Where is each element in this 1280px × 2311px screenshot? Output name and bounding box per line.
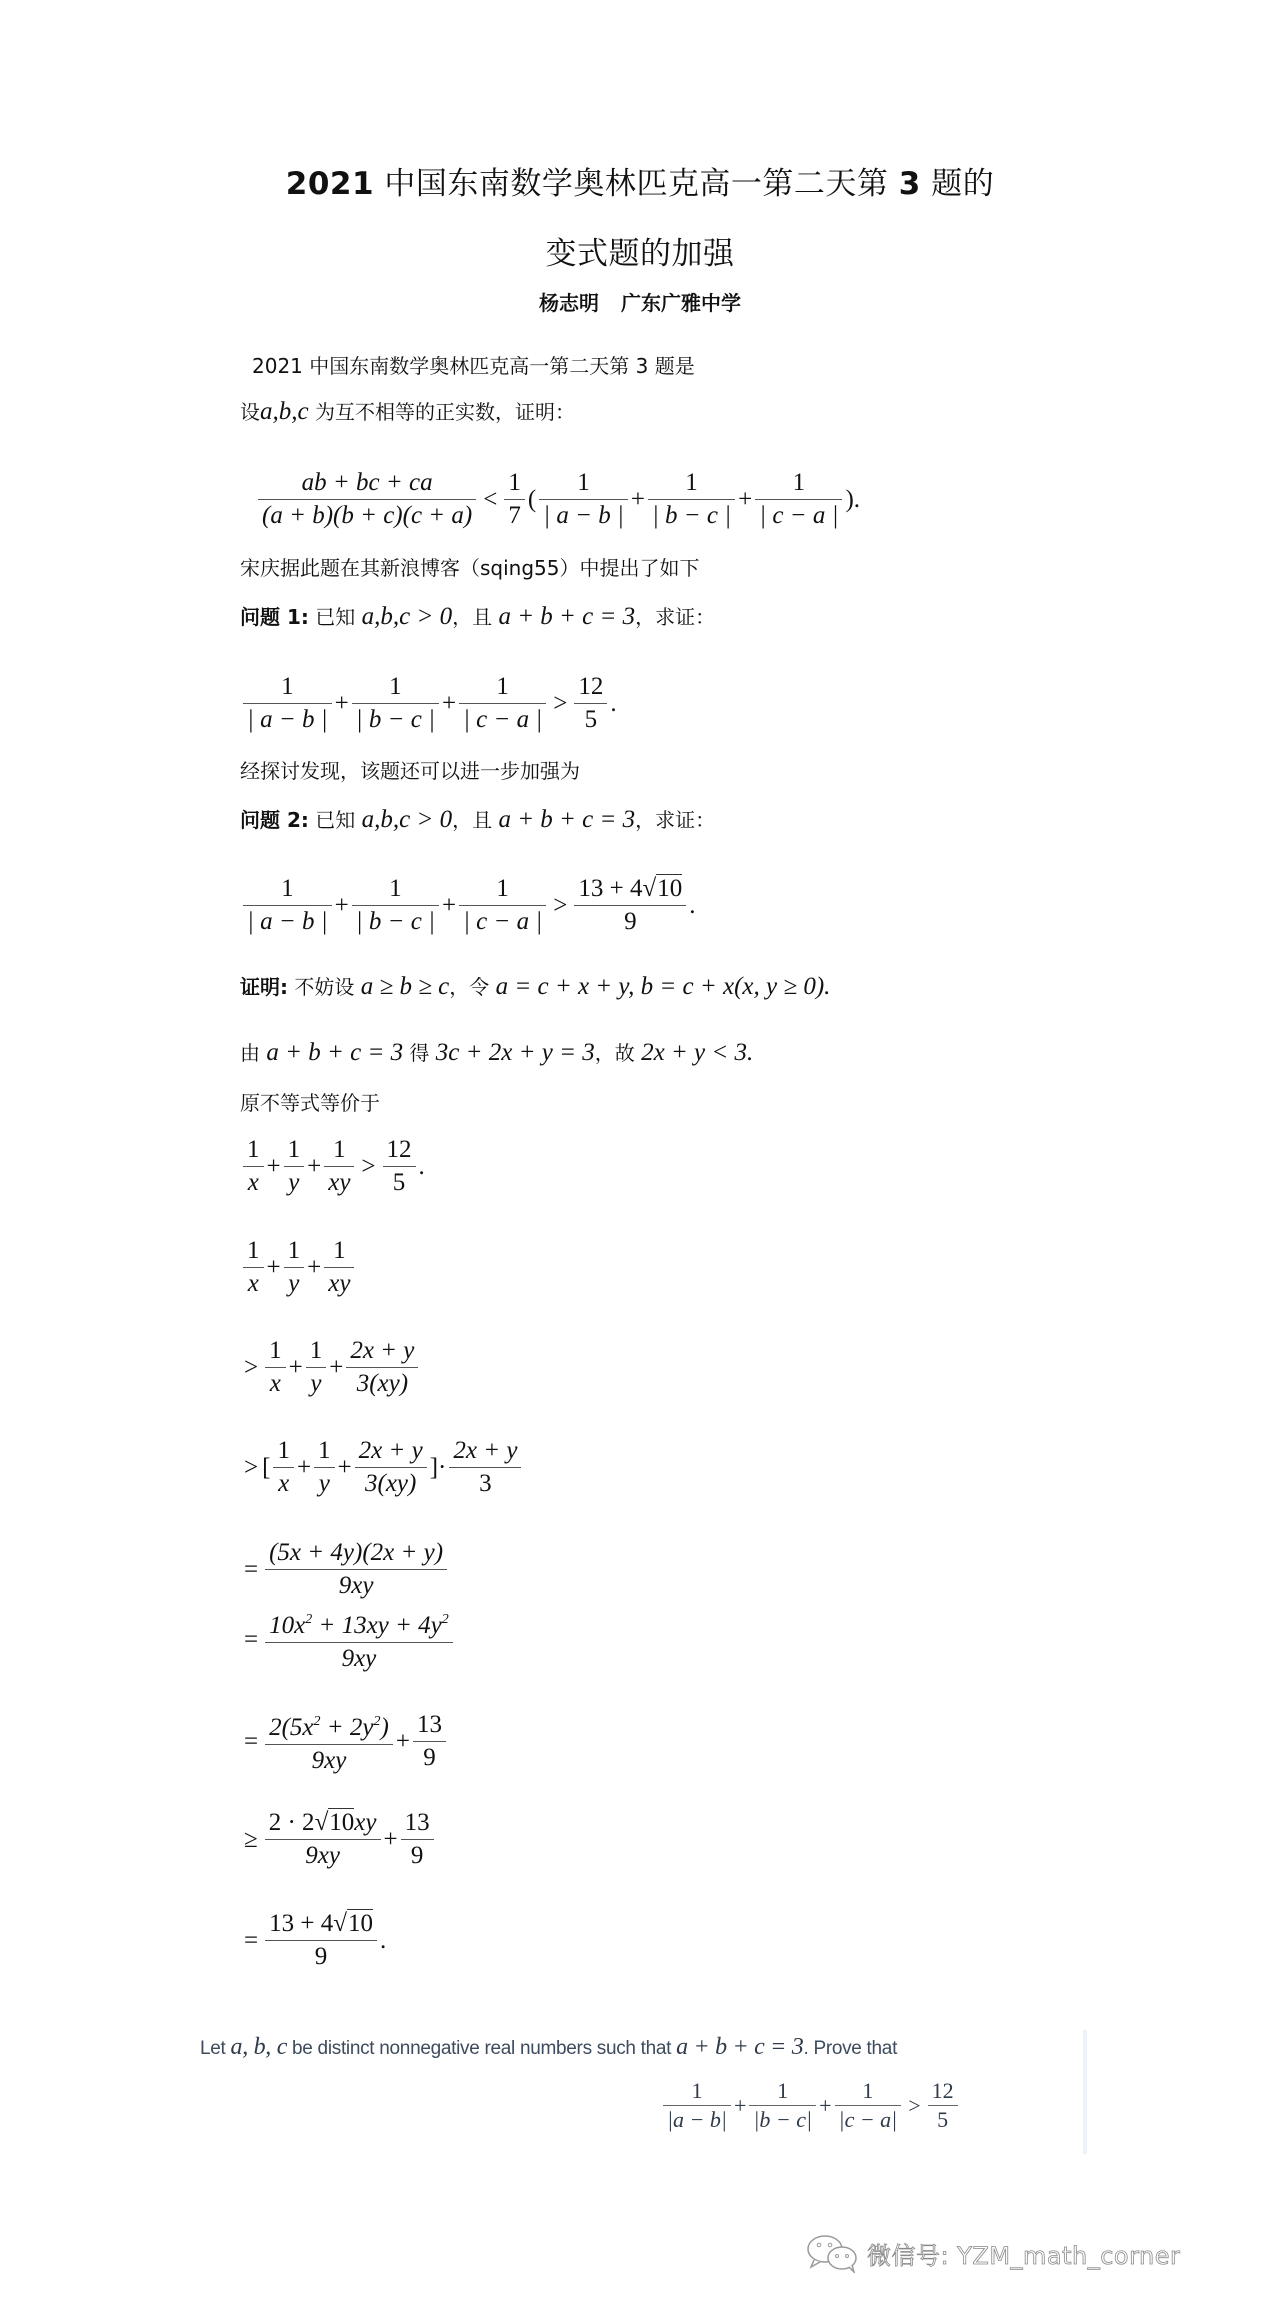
numerator: 1: [681, 468, 702, 499]
numerator: 13 + 4√10: [574, 874, 686, 905]
text: 由: [240, 1041, 266, 1065]
text: ，令: [449, 975, 495, 999]
fraction: 1| c − a |: [459, 672, 546, 735]
relation: =: [244, 1556, 258, 1584]
problem-1-statement: 问题 1: 已知 a,b,c > 0，且 a + b + c = 3，求证：: [240, 603, 715, 631]
denominator: 9: [413, 1741, 446, 1773]
relation: >: [553, 892, 567, 920]
formula-problem-2: 1| a − b | + 1| b − c | + 1| c − a | > 1…: [240, 874, 695, 937]
math: 2x + y < 3.: [641, 1039, 753, 1066]
denominator: | b − c |: [648, 499, 735, 531]
math: a ≥ b ≥ c: [361, 973, 450, 1000]
proof-label: 证明:: [240, 975, 288, 999]
document-title-line-1: 2021 中国东南数学奥林匹克高一第二天第 3 题的: [0, 158, 1280, 203]
intro-line-2: 设a,b,c 为互不相等的正实数，证明：: [240, 398, 575, 426]
numerator: 1: [329, 1236, 350, 1267]
proof-step-3: > 1x+ 1y+ 2x + y3(xy): [240, 1336, 421, 1399]
relation: =: [244, 1728, 258, 1756]
numerator: 1: [314, 1436, 335, 1467]
proof-line-3: 原不等式等价于: [240, 1089, 380, 1117]
denominator: x: [265, 1367, 286, 1399]
denominator: 9: [401, 1839, 434, 1871]
paren: ).: [845, 486, 860, 514]
math: 3c + 2x + y = 3: [436, 1039, 595, 1066]
formula-original-problem: ab + bc + ca(a + b)(b + c)(c + a) < 17 (…: [255, 468, 860, 531]
excerpt-statement: Let a, b, c be distinct nonnegative real…: [200, 2034, 897, 2061]
fraction: 1|c − a|: [835, 2078, 902, 2133]
formula-problem-1: 1| a − b | + 1| b − c | + 1| c − a | > 1…: [240, 672, 617, 735]
author-name: 杨志明: [539, 291, 599, 315]
numerator: 2x + y: [355, 1436, 427, 1467]
fraction: 125: [383, 1135, 416, 1198]
author-affiliation: 广东广雅中学: [621, 291, 741, 315]
bracket: [: [262, 1454, 270, 1482]
wechat-icon: [805, 2233, 861, 2273]
denominator: 9xy: [265, 1744, 393, 1776]
proof-step-5: = (5x + 4y)(2x + y)9xy: [240, 1538, 450, 1601]
transition-text: 经探讨发现，该题还可以进一步加强为: [240, 757, 580, 785]
bracket: ]·: [430, 1454, 447, 1482]
numerator: 1: [385, 874, 406, 905]
paren: (: [528, 486, 536, 514]
denominator: 3(xy): [355, 1467, 427, 1499]
text: 2(5x: [269, 1714, 313, 1741]
fraction: 1y: [306, 1336, 327, 1399]
exponent: 2: [442, 1612, 449, 1627]
fraction: 1x: [243, 1135, 264, 1198]
text: 10x: [269, 1612, 305, 1639]
numerator: 1: [492, 672, 513, 703]
denominator: 5: [574, 703, 607, 735]
denominator: x: [243, 1166, 264, 1198]
text: ，故: [595, 1041, 641, 1065]
fraction: 2(5x2 + 2y2)9xy: [265, 1707, 393, 1776]
numerator: (5x + 4y)(2x + y): [265, 1538, 447, 1569]
denominator: | c − a |: [755, 499, 842, 531]
period: .: [380, 1927, 386, 1955]
denominator: | a − b |: [243, 905, 332, 937]
denominator: xy: [324, 1267, 354, 1299]
numerator: 1: [265, 1336, 286, 1367]
denominator: (a + b)(b + c)(c + a): [258, 499, 476, 531]
proof-step-8: ≥ 2 · 2√10xy9xy + 139: [240, 1808, 437, 1871]
numerator: 1: [687, 2078, 706, 2105]
fraction: 1y: [284, 1236, 305, 1299]
text: 已知: [309, 808, 362, 832]
denominator: y: [306, 1367, 327, 1399]
text: . Prove that: [803, 2038, 897, 2059]
problem-label: 问题 2:: [240, 808, 309, 832]
math: a = c + x + y, b = c + x(x, y ≥ 0).: [496, 973, 831, 1000]
proof-step-9: = 13 + 4√109 .: [240, 1909, 386, 1972]
numerator: 12: [383, 1135, 416, 1166]
plus: +: [819, 2093, 831, 2119]
numerator: 1: [277, 672, 298, 703]
text: 为互不相等的正实数，证明：: [309, 400, 575, 424]
numerator: 1: [789, 468, 810, 499]
intro-line-1: 2021 中国东南数学奥林匹克高一第二天第 3 题是: [252, 352, 695, 380]
plus: +: [738, 486, 752, 514]
fraction: 1|a − b|: [663, 2078, 731, 2133]
fraction: 17: [504, 468, 525, 531]
relation: >: [244, 1354, 258, 1382]
fraction: 1| b − c |: [352, 874, 439, 937]
text: 13 + 4: [578, 875, 642, 902]
plus: +: [442, 892, 456, 920]
numerator: 1: [284, 1135, 305, 1166]
fraction: ab + bc + ca(a + b)(b + c)(c + a): [258, 468, 476, 531]
watermark-text: 微信号: YZM_math_corner: [867, 2236, 1180, 2271]
numerator: 2(5x2 + 2y2): [265, 1707, 393, 1744]
numerator: 1: [573, 468, 594, 499]
fraction: (5x + 4y)(2x + y)9xy: [265, 1538, 447, 1601]
text: 设: [240, 400, 260, 424]
fraction: 2 · 2√10xy9xy: [265, 1808, 381, 1871]
fraction: 125: [574, 672, 607, 735]
denominator: | b − c |: [352, 905, 439, 937]
plus: +: [734, 2093, 746, 2119]
numerator: 1: [492, 874, 513, 905]
proof-step-2: 1x+ 1y+ 1xy: [240, 1236, 357, 1299]
plus: +: [384, 1826, 398, 1854]
fraction: 1x: [273, 1436, 294, 1499]
title-suffix: 题的: [921, 166, 994, 202]
numerator: 13: [413, 1710, 446, 1741]
problem-label: 问题 1:: [240, 605, 309, 629]
text: ，且: [452, 808, 498, 832]
math-vars: a,b,c: [260, 398, 309, 425]
numerator: 1: [273, 1436, 294, 1467]
denominator: | a − b |: [539, 499, 628, 531]
sqrt-radicand: 10: [656, 874, 682, 902]
title-number: 3: [899, 166, 921, 202]
numerator: 1: [243, 1236, 264, 1267]
math: a,b,c > 0: [362, 603, 452, 630]
title-text: 中国东南数学奥林匹克高一第二天第: [374, 166, 899, 202]
relation: =: [244, 1626, 258, 1654]
relation: ≥: [244, 1826, 258, 1854]
fraction: 1| b − c |: [648, 468, 735, 531]
author-line: 杨志明广东广雅中学: [0, 287, 1280, 316]
plus: +: [335, 690, 349, 718]
numerator: ab + bc + ca: [298, 468, 437, 499]
numerator: 1: [858, 2078, 877, 2105]
relation: <: [483, 486, 497, 514]
denominator: 3: [449, 1467, 521, 1499]
fraction: 10x2 + 13xy + 4y29xy: [265, 1605, 453, 1674]
fraction: 1xy: [324, 1236, 354, 1299]
text: + 13xy + 4y: [312, 1612, 442, 1639]
math: a + b + c = 3: [498, 806, 635, 833]
math: a, b, c: [231, 2034, 288, 2060]
numerator: 2 · 2√10xy: [265, 1808, 381, 1839]
proof-line-1: 证明: 不妨设 a ≥ b ≥ c，令 a = c + x + y, b = c…: [240, 973, 830, 1001]
fraction: 139: [401, 1808, 434, 1871]
text: 13 + 4: [269, 1910, 333, 1937]
numerator: 13 + 4√10: [265, 1909, 377, 1940]
fraction: 13 + 4√109: [574, 874, 686, 937]
plus: +: [442, 690, 456, 718]
period: .: [689, 892, 695, 920]
numerator: 2x + y: [449, 1436, 521, 1467]
fraction: 1| a − b |: [243, 874, 332, 937]
denominator: 9xy: [265, 1642, 453, 1674]
numerator: 1: [504, 468, 525, 499]
fraction: 1| c − a |: [755, 468, 842, 531]
relation: >: [361, 1153, 375, 1181]
fraction: 1| a − b |: [243, 672, 332, 735]
denominator: 9: [265, 1940, 377, 1972]
fraction: 2x + y3(xy): [355, 1436, 427, 1499]
text: 已知: [309, 605, 362, 629]
plus: +: [396, 1728, 410, 1756]
denominator: |c − a|: [835, 2105, 902, 2133]
relation: >: [553, 690, 567, 718]
proof-step-6: = 10x2 + 13xy + 4y29xy: [240, 1605, 456, 1674]
relation: >: [908, 2093, 920, 2119]
relation: >: [244, 1454, 258, 1482]
problem-2-statement: 问题 2: 已知 a,b,c > 0，且 a + b + c = 3，求证：: [240, 806, 715, 834]
math: a + b + c = 3: [266, 1039, 403, 1066]
exponent: 2: [314, 1714, 321, 1729]
numerator: 1: [385, 672, 406, 703]
fraction: 1|b − c|: [749, 2078, 816, 2133]
text: + 2y: [321, 1714, 374, 1741]
fraction: 1| b − c |: [352, 672, 439, 735]
wechat-watermark: 微信号: YZM_math_corner: [805, 2233, 1180, 2273]
text: xy: [354, 1809, 376, 1836]
numerator: 10x2 + 13xy + 4y2: [265, 1605, 453, 1642]
fraction: 13 + 4√109: [265, 1909, 377, 1972]
numerator: 13: [401, 1808, 434, 1839]
text: be distinct nonnegative real numbers suc…: [287, 2038, 676, 2059]
numerator: 2x + y: [346, 1336, 418, 1367]
denominator: |b − c|: [749, 2105, 816, 2133]
numerator: 1: [243, 1135, 264, 1166]
english-problem-excerpt: Let a, b, c be distinct nonnegative real…: [190, 2030, 1087, 2154]
exponent: 2: [374, 1714, 381, 1729]
math: a + b + c = 3: [498, 603, 635, 630]
proof-step-4: >[ 1x+ 1y+ 2x + y3(xy) ]· 2x + y3: [240, 1436, 524, 1499]
fraction: 1y: [284, 1135, 305, 1198]
fraction: 1xy: [324, 1135, 354, 1198]
proof-line-2: 由 a + b + c = 3 得 3c + 2x + y = 3，故 2x +…: [240, 1039, 753, 1067]
text: 不妨设: [288, 975, 361, 999]
fraction: 1x: [265, 1336, 286, 1399]
denominator: 9xy: [265, 1569, 447, 1601]
sqrt-radicand: 10: [328, 1808, 354, 1836]
denominator: | a − b |: [243, 703, 332, 735]
text: ，且: [452, 605, 498, 629]
numerator: 12: [574, 672, 607, 703]
fraction: 1y: [314, 1436, 335, 1499]
fraction: 139: [413, 1710, 446, 1773]
text: 2 · 2: [269, 1809, 315, 1836]
numerator: 1: [306, 1336, 327, 1367]
denominator: 7: [504, 499, 525, 531]
title-year: 2021: [286, 166, 374, 202]
denominator: y: [284, 1166, 305, 1198]
numerator: 1: [277, 874, 298, 905]
relation: =: [244, 1927, 258, 1955]
math: a,b,c > 0: [362, 806, 452, 833]
sqrt-radicand: 10: [347, 1909, 373, 1937]
fraction: 125: [928, 2078, 958, 2133]
denominator: 9xy: [265, 1839, 381, 1871]
denominator: | c − a |: [459, 905, 546, 937]
text: ，求证：: [635, 808, 715, 832]
excerpt-formula: 1|a − b| + 1|b − c| + 1|c − a| > 125: [660, 2078, 961, 2133]
fraction: 1| a − b |: [539, 468, 628, 531]
numerator: 12: [928, 2078, 958, 2105]
period: .: [419, 1153, 425, 1181]
intro-line-3: 宋庆据此题在其新浪博客（sqing55）中提出了如下: [240, 554, 700, 582]
denominator: 5: [383, 1166, 416, 1198]
plus: +: [631, 486, 645, 514]
denominator: xy: [324, 1166, 354, 1198]
numerator: 1: [773, 2078, 792, 2105]
text: ，求证：: [635, 605, 715, 629]
denominator: 5: [928, 2105, 958, 2133]
document-title-line-2: 变式题的加强: [0, 228, 1280, 273]
text: ): [381, 1714, 389, 1741]
denominator: x: [243, 1267, 264, 1299]
math: a + b + c = 3: [676, 2034, 803, 2060]
denominator: | c − a |: [459, 703, 546, 735]
denominator: 9: [574, 905, 686, 937]
plus: +: [335, 892, 349, 920]
numerator: 1: [284, 1236, 305, 1267]
denominator: y: [314, 1467, 335, 1499]
denominator: |a − b|: [663, 2105, 731, 2133]
proof-step-1: 1x+ 1y+ 1xy > 125 .: [240, 1135, 425, 1198]
fraction: 1| c − a |: [459, 874, 546, 937]
denominator: 3(xy): [346, 1367, 418, 1399]
text: Let: [200, 2038, 231, 2059]
denominator: x: [273, 1467, 294, 1499]
period: .: [610, 690, 616, 718]
denominator: y: [284, 1267, 305, 1299]
numerator: 1: [329, 1135, 350, 1166]
fraction: 2x + y3: [449, 1436, 521, 1499]
fraction: 1x: [243, 1236, 264, 1299]
fraction: 2x + y3(xy): [346, 1336, 418, 1399]
denominator: | b − c |: [352, 703, 439, 735]
proof-step-7: = 2(5x2 + 2y2)9xy + 139: [240, 1707, 449, 1776]
text: 得: [403, 1041, 436, 1065]
